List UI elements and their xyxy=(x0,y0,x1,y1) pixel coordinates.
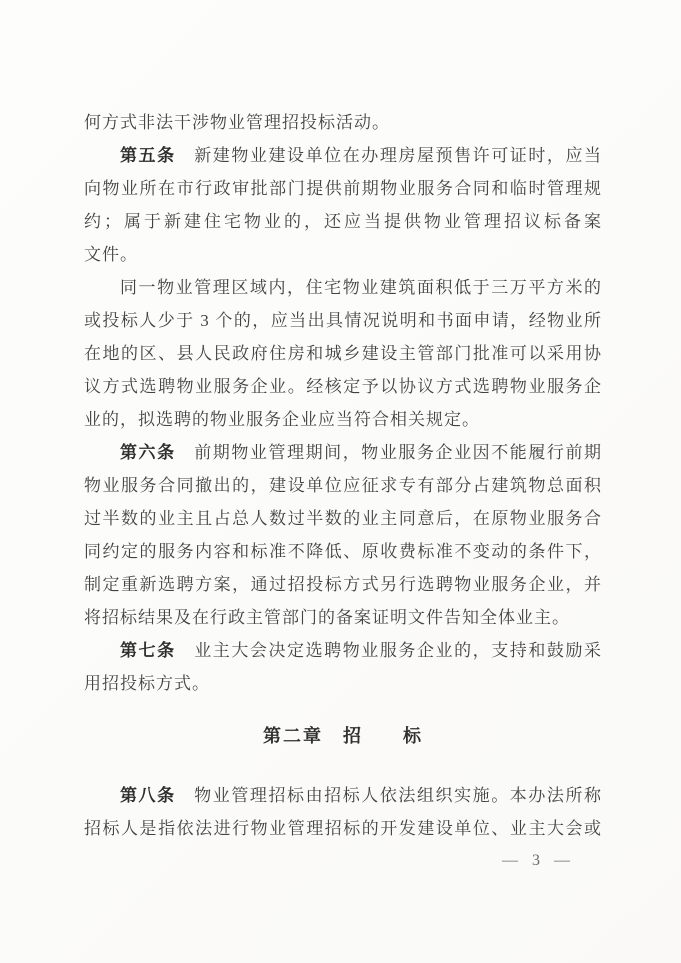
document-page: 何方式非法干涉物业管理招投标活动。 第五条 新建物业建设单位在办理房屋预售许可证… xyxy=(0,0,681,963)
text-line-article-7: 第七条 业主大会决定选聘物业服务企业的，支持和鼓励采 xyxy=(84,634,602,667)
text-line: 业的，拟选聘的物业服务企业应当符合相关规定。 xyxy=(84,403,602,436)
text-line-article-8: 第八条 物业管理招标由招标人依法组织实施。本办法所称 xyxy=(84,779,602,812)
text-line: 议方式选聘物业服务企业。经核定予以协议方式选聘物业服务企 xyxy=(84,370,602,403)
line-text: 约；属于新建住宅物业的，还应当提供物业管理招议标备案 xyxy=(84,212,602,231)
line-text: 同一物业管理区域内，住宅物业建筑面积低于三万平方米的 xyxy=(120,278,602,297)
article-number: 第五条 xyxy=(120,146,176,165)
line-text: 过半数的业主且占总人数过半数的业主同意后，在原物业服务合 xyxy=(84,509,602,528)
line-text: 招标人是指依法进行物业管理招标的开发建设单位、业主大会或 xyxy=(84,819,602,838)
body-text: 何方式非法干涉物业管理招投标活动。 第五条 新建物业建设单位在办理房屋预售许可证… xyxy=(84,106,602,845)
text-line: 何方式非法干涉物业管理招投标活动。 xyxy=(84,106,602,139)
text-line: 或投标人少于 3 个的，应当出具情况说明和书面申请，经物业所 xyxy=(84,304,602,337)
article-number: 第六条 xyxy=(120,443,176,462)
article-number: 第八条 xyxy=(120,786,176,805)
line-text: 新建物业建设单位在办理房屋预售许可证时，应当 xyxy=(176,146,602,165)
text-line: 约；属于新建住宅物业的，还应当提供物业管理招议标备案 xyxy=(84,205,602,238)
page-number: — 3 — xyxy=(502,852,575,870)
line-text: 物业服务合同撤出的，建设单位应征求专有部分占建筑物总面积 xyxy=(84,476,602,495)
line-text: 同约定的服务内容和标准不降低、原收费标准不变动的条件下， xyxy=(84,542,602,561)
article-number: 第七条 xyxy=(120,641,176,660)
line-text: 或投标人少于 3 个的，应当出具情况说明和书面申请，经物业所 xyxy=(84,311,602,330)
line-text: 前期物业管理期间，物业服务企业因不能履行前期 xyxy=(176,443,602,462)
chapter-heading: 第二章 招 标 xyxy=(84,720,602,753)
line-text: 议方式选聘物业服务企业。经核定予以协议方式选聘物业服务企 xyxy=(84,377,602,396)
line-text: 文件。 xyxy=(84,245,138,264)
line-text: 何方式非法干涉物业管理招投标活动。 xyxy=(84,113,390,132)
text-line: 同约定的服务内容和标准不降低、原收费标准不变动的条件下， xyxy=(84,535,602,568)
line-text: 业的，拟选聘的物业服务企业应当符合相关规定。 xyxy=(84,410,480,429)
line-text: 将招标结果及在行政主管部门的备案证明文件告知全体业主。 xyxy=(84,608,570,627)
text-line: 在地的区、县人民政府住房和城乡建设主管部门批准可以采用协 xyxy=(84,337,602,370)
line-text: 物业管理招标由招标人依法组织实施。本办法所称 xyxy=(176,786,602,805)
line-text: 用招投标方式。 xyxy=(84,674,210,693)
text-line: 物业服务合同撤出的，建设单位应征求专有部分占建筑物总面积 xyxy=(84,469,602,502)
line-text: 制定重新选聘方案，通过招投标方式另行选聘物业服务企业，并 xyxy=(84,575,602,594)
text-line: 文件。 xyxy=(84,238,602,271)
text-line-article-6: 第六条 前期物业管理期间，物业服务企业因不能履行前期 xyxy=(84,436,602,469)
text-line: 制定重新选聘方案，通过招投标方式另行选聘物业服务企业，并 xyxy=(84,568,602,601)
line-text: 业主大会决定选聘物业服务企业的，支持和鼓励采 xyxy=(176,641,602,660)
line-text: 在地的区、县人民政府住房和城乡建设主管部门批准可以采用协 xyxy=(84,344,602,363)
text-line-article-5: 第五条 新建物业建设单位在办理房屋预售许可证时，应当 xyxy=(84,139,602,172)
text-line: 用招投标方式。 xyxy=(84,667,602,700)
line-text: 向物业所在市行政审批部门提供前期物业服务合同和临时管理规 xyxy=(84,179,602,198)
text-line: 过半数的业主且占总人数过半数的业主同意后，在原物业服务合 xyxy=(84,502,602,535)
text-line: 同一物业管理区域内，住宅物业建筑面积低于三万平方米的 xyxy=(84,271,602,304)
text-line: 向物业所在市行政审批部门提供前期物业服务合同和临时管理规 xyxy=(84,172,602,205)
text-line: 将招标结果及在行政主管部门的备案证明文件告知全体业主。 xyxy=(84,601,602,634)
text-line: 招标人是指依法进行物业管理招标的开发建设单位、业主大会或 xyxy=(84,812,602,845)
